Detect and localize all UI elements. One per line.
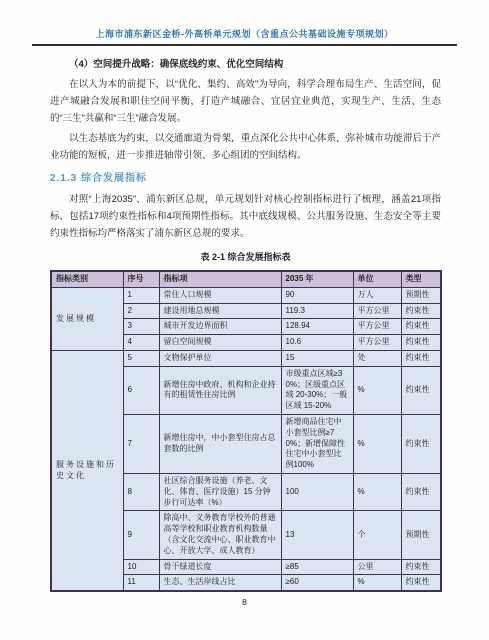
row-number-cell: 4 bbox=[123, 335, 159, 351]
page-header-title: 上海市浦东新区金桥-外高桥单元规划（含重点公共基础设施专项规划） bbox=[32, 27, 457, 40]
unit-cell: % bbox=[353, 366, 401, 414]
type-cell: 约束性 bbox=[401, 351, 441, 367]
type-cell: 约束性 bbox=[401, 335, 441, 351]
target-value-cell: 119.3 bbox=[281, 303, 353, 319]
type-cell: 约束性 bbox=[401, 559, 441, 575]
row-number-cell: 11 bbox=[123, 575, 159, 591]
type-cell: 约束性 bbox=[401, 303, 441, 319]
indicator-cell: 除高中、义务教育学校外的普通高等学校和职业教育机构数量（含文化交流中心、职业教育… bbox=[159, 511, 281, 559]
target-value-cell: 新增商品住宅中小套型比例≥70%；新增保障性住宅中小套型比例100% bbox=[281, 415, 353, 474]
body-text: （4）空间提升战略：确保底线约束、优化空间结构 在以人为本的前提下，以“优化、集… bbox=[50, 56, 441, 592]
indicator-table-body: 发展规模1常住人口规模90万人预期性2建设用地总规模119.3平方公里约束性3城… bbox=[51, 287, 441, 591]
indicator-cell: 建设用地总规模 bbox=[159, 303, 281, 319]
unit-cell: 处 bbox=[353, 351, 401, 367]
indicator-cell: 留白空间规模 bbox=[159, 335, 281, 351]
column-header-0: 指标类别 bbox=[51, 271, 123, 287]
indicator-cell: 新增住房中政府、机构和企业持有的租赁性住房比例 bbox=[159, 366, 281, 414]
category-cell: 发展规模 bbox=[51, 287, 123, 350]
indicator-cell: 城市开发边界面积 bbox=[159, 319, 281, 335]
indicator-cell: 文物保护单位 bbox=[159, 351, 281, 367]
target-value-cell: ≥85 bbox=[281, 559, 353, 575]
row-number-cell: 3 bbox=[123, 319, 159, 335]
paragraph-indicators-intro: 对照“上海2035”、浦东新区总规，单元规划针对核心控制指标进行了梳理，涵盖21… bbox=[50, 191, 441, 242]
unit-cell: % bbox=[353, 415, 401, 474]
row-number-cell: 6 bbox=[123, 366, 159, 414]
indicator-table: 指标类别序号指标项2035 年单位类型 发展规模1常住人口规模90万人预期性2建… bbox=[50, 270, 442, 592]
unit-cell: % bbox=[353, 575, 401, 591]
indicator-cell: 社区综合服务设施（养老、文化、体育、医疗设施）15 分钟步行可达率（%） bbox=[159, 473, 281, 510]
unit-cell: 平方公里 bbox=[353, 319, 401, 335]
section-heading-2-1-3: 2.1.3 综合发展指标 bbox=[50, 170, 441, 188]
type-cell: 预期性 bbox=[401, 287, 441, 303]
type-cell: 约束性 bbox=[401, 415, 441, 474]
row-number-cell: 1 bbox=[123, 287, 159, 303]
category-cell: 服务设施和历史文化 bbox=[51, 351, 123, 592]
row-number-cell: 2 bbox=[123, 303, 159, 319]
target-value-cell: 15 bbox=[281, 351, 353, 367]
unit-cell: % bbox=[353, 473, 401, 510]
target-value-cell: 13 bbox=[281, 511, 353, 559]
row-number-cell: 8 bbox=[123, 473, 159, 510]
column-header-3: 2035 年 bbox=[281, 271, 353, 287]
indicator-cell: 新增住房中，中小套型住房占总套数的比例 bbox=[159, 415, 281, 474]
type-cell: 预期性 bbox=[401, 511, 441, 559]
row-number-cell: 9 bbox=[123, 511, 159, 559]
target-value-cell: 10.6 bbox=[281, 335, 353, 351]
table-row: 发展规模1常住人口规模90万人预期性 bbox=[51, 287, 441, 303]
indicator-table-header: 指标类别序号指标项2035 年单位类型 bbox=[51, 271, 441, 287]
row-number-cell: 5 bbox=[123, 351, 159, 367]
column-header-5: 类型 bbox=[401, 271, 441, 287]
target-value-cell: ≥60 bbox=[281, 575, 353, 591]
table-row: 服务设施和历史文化5文物保护单位15处约束性 bbox=[51, 351, 441, 367]
indicator-cell: 常住人口规模 bbox=[159, 287, 281, 303]
type-cell: 约束性 bbox=[401, 473, 441, 510]
unit-cell: 平方公里 bbox=[353, 335, 401, 351]
strategy-heading: （4）空间提升战略：确保底线约束、优化空间结构 bbox=[50, 56, 441, 73]
unit-cell: 公里 bbox=[353, 559, 401, 575]
indicator-cell: 骨干绿道长度 bbox=[159, 559, 281, 575]
header-divider bbox=[32, 44, 457, 46]
running-header: 上海市浦东新区金桥-外高桥单元规划（含重点公共基础设施专项规划） bbox=[32, 0, 457, 46]
paragraph-structure: 以生态基底为约束，以交通廊道为骨架，重点深化公共中心体系，弥补城市功能滞后于产业… bbox=[50, 130, 441, 164]
unit-cell: 万人 bbox=[353, 287, 401, 303]
target-value-cell: 市级重点区域≥30%；区级重点区域 20-30%；一般区域 15-20% bbox=[281, 366, 353, 414]
document-page: 上海市浦东新区金桥-外高桥单元规划（含重点公共基础设施专项规划） （4）空间提升… bbox=[0, 0, 489, 640]
unit-cell: 平方公里 bbox=[353, 303, 401, 319]
type-cell: 约束性 bbox=[401, 366, 441, 414]
type-cell: 约束性 bbox=[401, 319, 441, 335]
table-title: 表 2-1 综合发展指标表 bbox=[50, 249, 441, 265]
indicator-cell: 生态、生活岸线占比 bbox=[159, 575, 281, 591]
paragraph-strategy-detail: 在以人为本的前提下，以“优化、集约、高效”为导向，科学合理布局生产、生活空间，促… bbox=[50, 76, 441, 127]
row-number-cell: 10 bbox=[123, 559, 159, 575]
page-number: 8 bbox=[0, 597, 489, 607]
column-header-1: 序号 bbox=[123, 271, 159, 287]
row-number-cell: 7 bbox=[123, 415, 159, 474]
target-value-cell: 100 bbox=[281, 473, 353, 510]
type-cell: 约束性 bbox=[401, 575, 441, 591]
column-header-2: 指标项 bbox=[159, 271, 281, 287]
unit-cell: 个 bbox=[353, 511, 401, 559]
column-header-4: 单位 bbox=[353, 271, 401, 287]
target-value-cell: 90 bbox=[281, 287, 353, 303]
target-value-cell: 128.94 bbox=[281, 319, 353, 335]
